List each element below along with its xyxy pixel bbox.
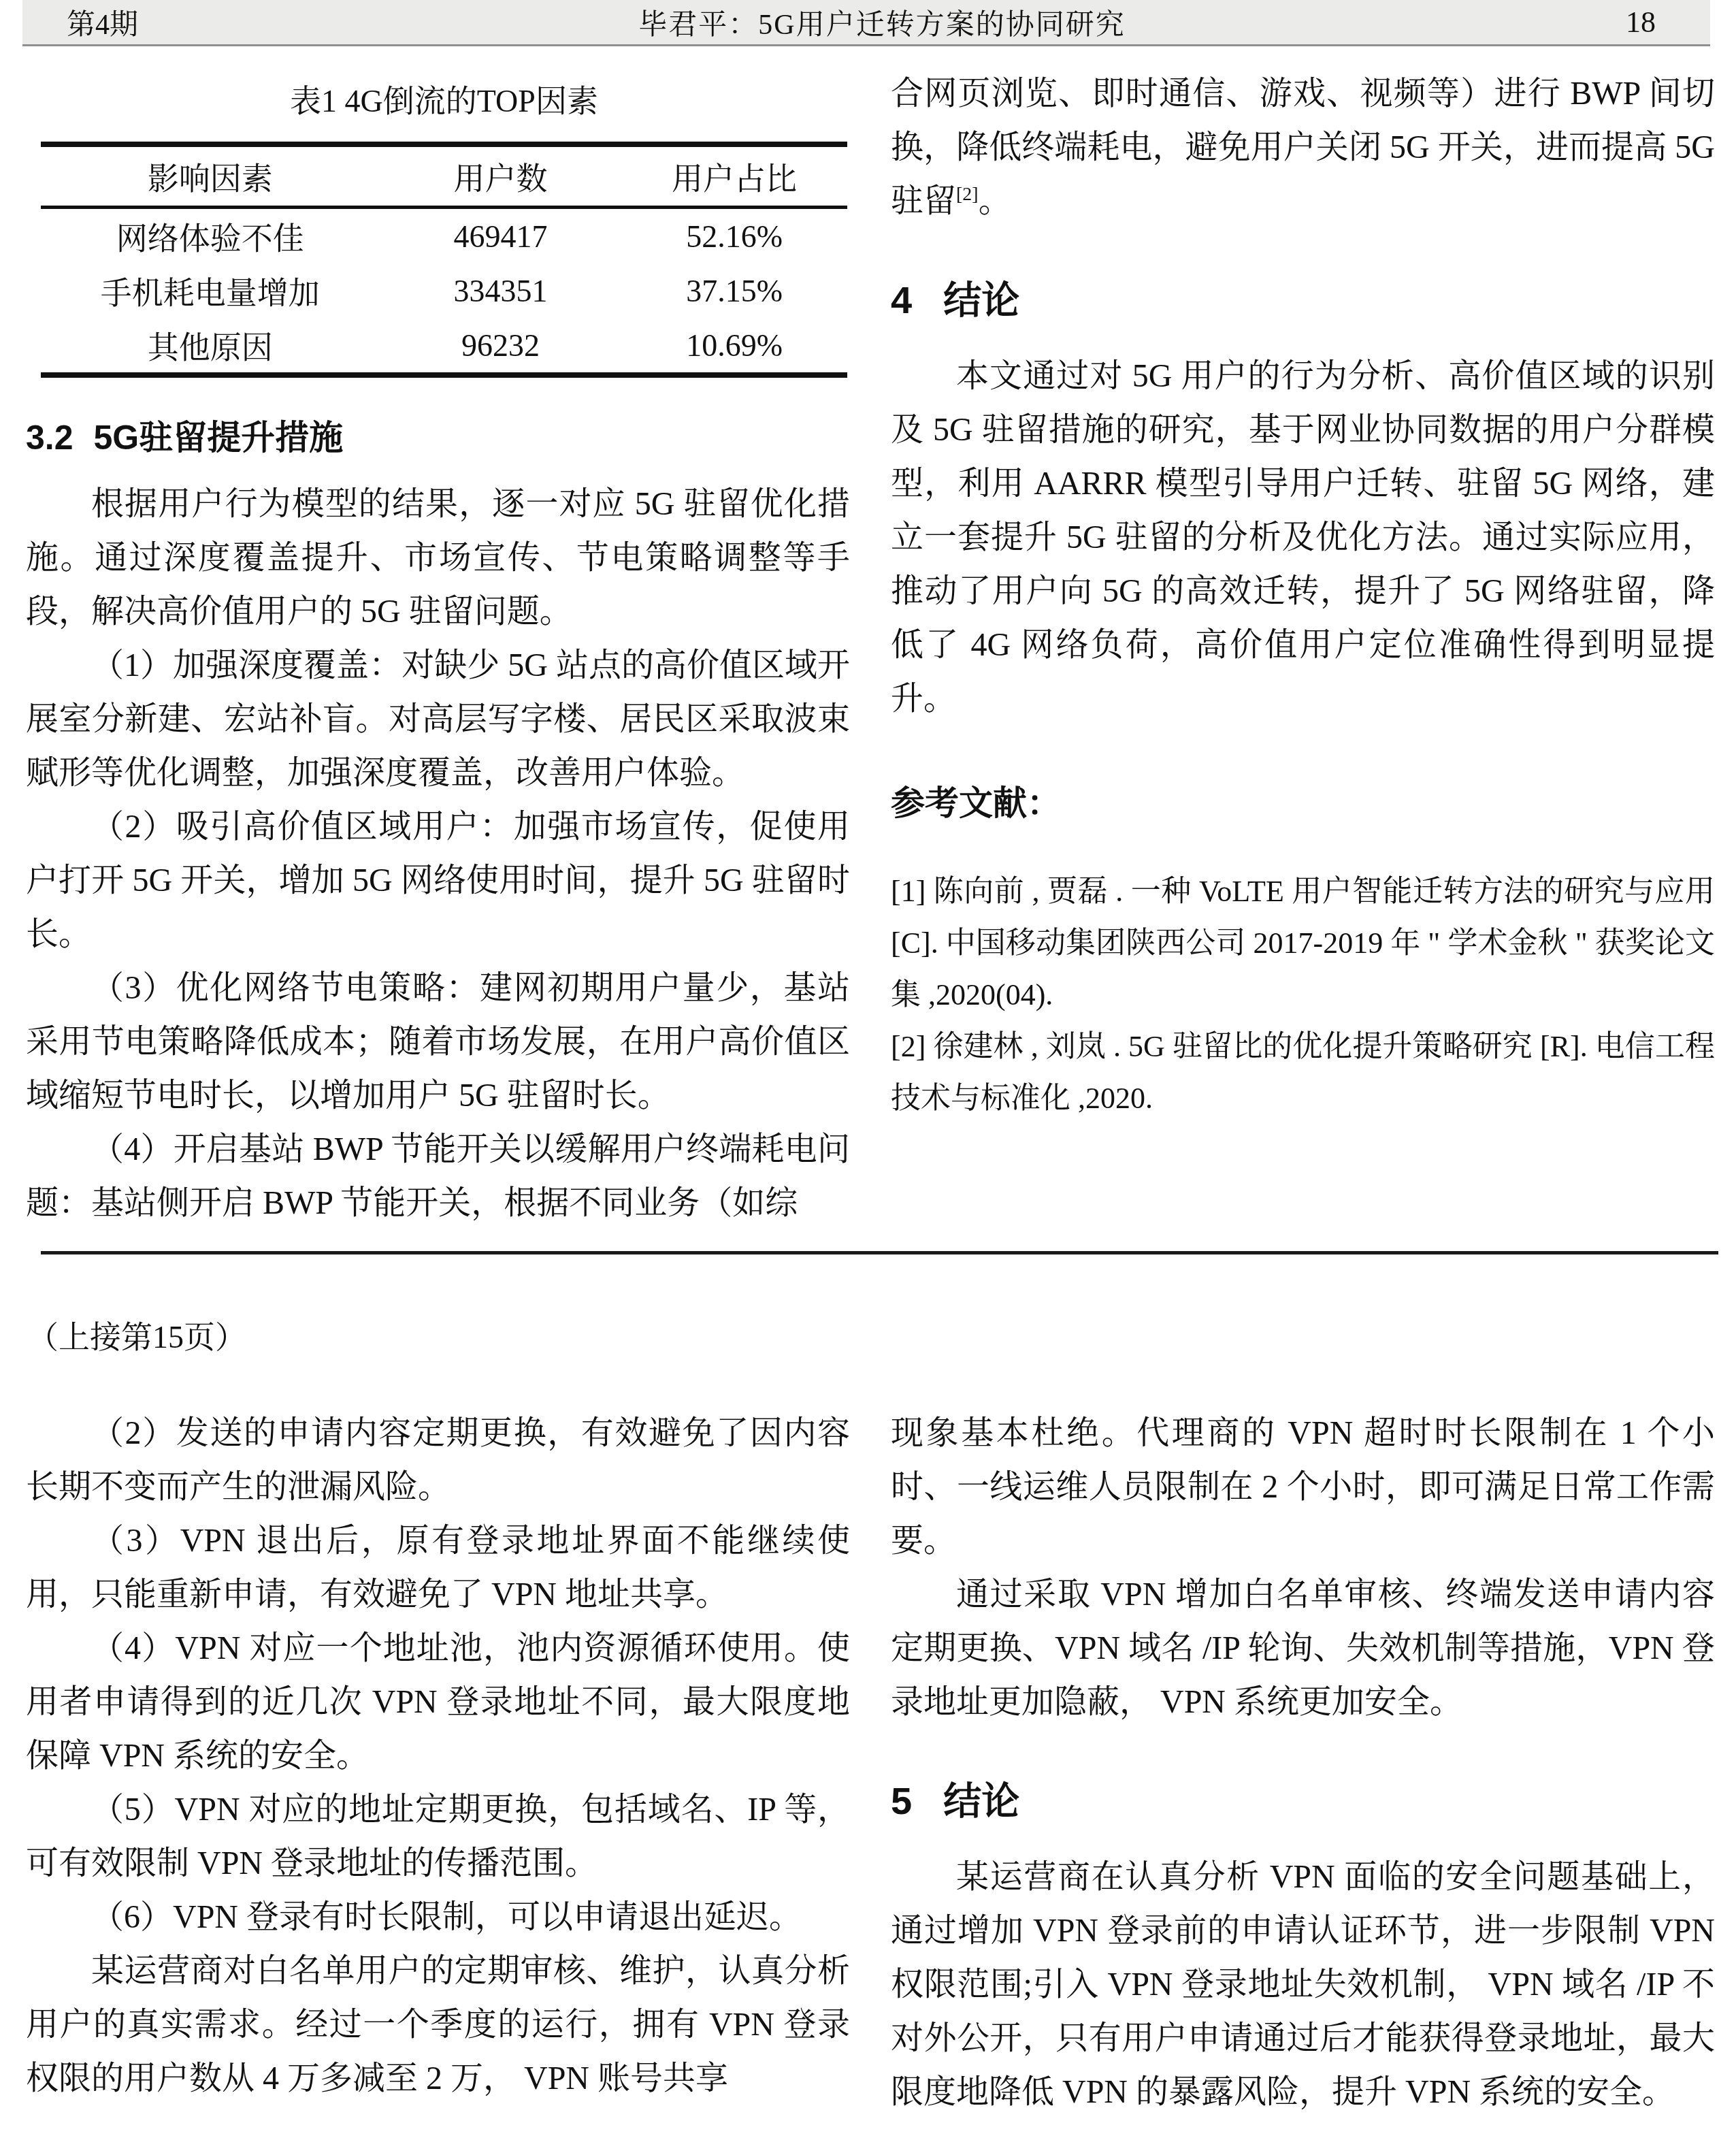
table-cell: 52.16%: [621, 218, 847, 255]
data-table: 影响因素 用户数 用户占比 网络体验不佳 469417 52.16% 手机耗电量…: [41, 142, 847, 378]
paragraph-continuation: 现象基本杜绝。代理商的 VPN 超时时长限制在 1 个小时、一线运维人员限制在 …: [891, 1406, 1715, 1568]
table-row: 手机耗电量增加 334351 37.15%: [41, 263, 847, 318]
page-title: 毕君平：5G用户迁转方案的协同研究: [138, 2, 1626, 43]
upper-section: 表1 4G倒流的TOP因素 影响因素 用户数 用户占比 网络体验不佳 46941…: [26, 67, 1715, 1230]
table-cell: 469417: [380, 218, 622, 255]
section-number: 5: [891, 1779, 912, 1823]
paragraph: （6）VPN 登录有时长限制，可以申请退出延迟。: [26, 1890, 850, 1944]
column-header: 用户数: [380, 154, 622, 199]
section-title: 结论: [943, 270, 1019, 325]
section-title: 5G驻留提升措施: [94, 410, 344, 459]
paragraph: （4）开启基站 BWP 节能开关以缓解用户终端耗电问题：基站侧开启 BWP 节能…: [26, 1122, 850, 1230]
paragraph: （3）优化网络节电策略：建网初期用户量少，基站采用节电策略降低成本；随着市场发展…: [26, 961, 850, 1122]
table-header-row: 影响因素 用户数 用户占比: [41, 147, 847, 209]
lower-left-column: （2）发送的申请内容定期更换，有效避免了因内容长期不变而产生的泄漏风险。 （3）…: [26, 1406, 850, 2119]
paragraph: （3）VPN 退出后，原有登录地址界面不能继续使用，只能重新申请，有效避免了 V…: [26, 1514, 850, 1621]
column-header: 影响因素: [41, 154, 380, 199]
table-cell: 96232: [380, 327, 622, 363]
column-header: 用户占比: [621, 154, 847, 199]
section-heading-3-2: 3.2 5G驻留提升措施: [26, 410, 850, 459]
continuation-period: 。: [979, 183, 1011, 219]
paragraph: 通过采取 VPN 增加白名单审核、终端发送申请内容定期更换、VPN 域名 /IP…: [891, 1568, 1715, 1729]
section-number: 4: [891, 278, 912, 322]
journal-page: { "header": { "issue": "第4期", "title": "…: [0, 0, 1736, 2155]
table-cell: 334351: [380, 273, 622, 309]
paragraph: （2）吸引高价值区域用户：加强市场宣传，促使用户打开 5G 开关，增加 5G 网…: [26, 800, 850, 961]
references-heading: 参考文献：: [891, 776, 1715, 825]
paragraph: 根据用户行为模型的结果，逐一对应 5G 驻留优化措施。通过深度覆盖提升、市场宣传…: [26, 477, 850, 638]
section-heading-4: 4 结论: [891, 270, 1715, 325]
table-cell: 37.15%: [621, 273, 847, 309]
reference-item: [2] 徐建林 , 刘岚 . 5G 驻留比的优化提升策略研究 [R]. 电信工程…: [891, 1021, 1715, 1124]
paragraph: （5）VPN 对应的地址定期更换，包括域名、IP 等，可有效限制 VPN 登录地…: [26, 1783, 850, 1890]
paragraph-continuation: 合网页浏览、即时通信、游戏、视频等）进行 BWP 间切换，降低终端耗电，避免用户…: [891, 67, 1715, 228]
continuation-text: 合网页浏览、即时通信、游戏、视频等）进行 BWP 间切换，降低终端耗电，避免用户…: [891, 76, 1715, 219]
paragraph: （4）VPN 对应一个地址池，池内资源循环使用。使用者申请得到的近几次 VPN …: [26, 1621, 850, 1783]
paragraph: 本文通过对 5G 用户的行为分析、高价值区域的识别及 5G 驻留措施的研究，基于…: [891, 349, 1715, 726]
table-cell: 手机耗电量增加: [41, 268, 380, 313]
article-divider-rule: [41, 1251, 1718, 1254]
table-caption: 表1 4G倒流的TOP因素: [41, 76, 847, 121]
table-cell: 10.69%: [621, 327, 847, 363]
paragraph: （1）加强深度覆盖：对缺少 5G 站点的高价值区域开展室分新建、宏站补盲。对高层…: [26, 638, 850, 800]
section-title: 结论: [943, 1771, 1019, 1826]
upper-left-column: 表1 4G倒流的TOP因素 影响因素 用户数 用户占比 网络体验不佳 46941…: [26, 67, 850, 1230]
upper-right-column: 合网页浏览、即时通信、游戏、视频等）进行 BWP 间切换，降低终端耗电，避免用户…: [891, 67, 1715, 1230]
reference-item: [1] 陈向前 , 贾磊 . 一种 VoLTE 用户智能迁转方法的研究与应用 […: [891, 866, 1715, 1021]
table-cell: 其他原因: [41, 323, 380, 368]
header-bar: 第4期 毕君平：5G用户迁转方案的协同研究 18: [22, 0, 1710, 46]
table-row: 其他原因 96232 10.69%: [41, 318, 847, 372]
paragraph: 某运营商对白名单用户的定期审核、维护，认真分析用户的真实需求。经过一个季度的运行…: [26, 1944, 850, 2105]
paragraph: （2）发送的申请内容定期更换，有效避免了因内容长期不变而产生的泄漏风险。: [26, 1406, 850, 1514]
section-heading-5: 5 结论: [891, 1771, 1715, 1826]
table-row: 网络体验不佳 469417 52.16%: [41, 209, 847, 263]
lower-right-column: 现象基本杜绝。代理商的 VPN 超时时长限制在 1 个小时、一线运维人员限制在 …: [891, 1406, 1715, 2119]
header-issue: 第4期: [67, 2, 138, 43]
paragraph: 某运营商在认真分析 VPN 面临的安全问题基础上，通过增加 VPN 登录前的申请…: [891, 1850, 1715, 2119]
citation-superscript: [2]: [956, 184, 979, 205]
section-number: 3.2: [26, 418, 73, 457]
table-cell: 网络体验不佳: [41, 214, 380, 259]
page-number: 18: [1626, 5, 1656, 39]
continuation-note: （上接第15页）: [27, 1312, 246, 1357]
lower-section: （2）发送的申请内容定期更换，有效避免了因内容长期不变而产生的泄漏风险。 （3）…: [26, 1406, 1715, 2119]
